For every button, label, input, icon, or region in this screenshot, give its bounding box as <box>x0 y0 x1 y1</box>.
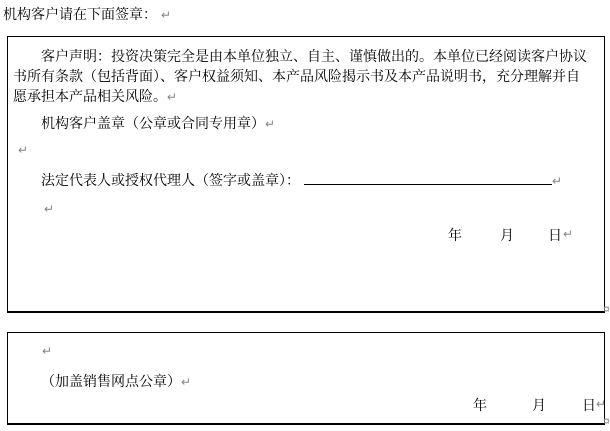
sales-outlet-stamp-box: ↵ （加盖销售网点公章）↵ 年 月 日 ↵ <box>7 332 605 425</box>
pilcrow-mark: ↵ <box>42 345 52 357</box>
institution-signature-box: 客户声明：投资决策完全是由本单位独立、自主、谨慎做出的。本单位已经阅读客户协议 … <box>7 36 605 313</box>
date-row: 年 月 日 ↵ <box>8 395 604 415</box>
pilcrow-mark: ↵ <box>161 8 171 22</box>
statement-line: 愿承担本产品相关风险。↵ <box>13 86 595 107</box>
date-month-label: 月 <box>532 395 546 415</box>
pilcrow-mark: ↵ <box>552 174 562 188</box>
date-year-label: 年 <box>473 395 487 415</box>
statement-line: 客户声明：投资决策完全是由本单位独立、自主、谨慎做出的。本单位已经阅读客户协议 <box>13 46 595 66</box>
document-page: 机构客户请在下面签章：↵ 客户声明：投资决策完全是由本单位独立、自主、谨慎做出的… <box>0 0 610 431</box>
legal-representative-line: 法定代表人或授权代理人（签字或盖章）：↵ <box>13 169 562 191</box>
date-day-label: 日 <box>548 225 562 245</box>
pilcrow-mark: ↵ <box>181 375 191 389</box>
form-heading: 机构客户请在下面签章：↵ <box>3 4 171 24</box>
pilcrow-mark: ↵ <box>167 90 177 104</box>
date-month-label: 月 <box>500 225 514 245</box>
customer-statement: 客户声明：投资决策完全是由本单位独立、自主、谨慎做出的。本单位已经阅读客户协议 … <box>13 46 595 107</box>
table-row-end-mark: ¤ <box>603 414 610 428</box>
pilcrow-mark: ↵ <box>563 227 573 241</box>
institution-seal-label: 机构客户盖章（公章或合同专用章） <box>41 115 265 131</box>
date-day-label: 日 <box>582 395 596 415</box>
statement-line-text: 愿承担本产品相关风险。 <box>13 88 167 104</box>
statement-line: 书所有条款（包括背面）、客户权益须知、本产品风险揭示书及本产品说明书，充分理解并… <box>13 66 595 86</box>
signature-blank-line <box>304 169 552 185</box>
sales-outlet-stamp-label: （加盖销售网点公章） <box>41 373 181 389</box>
pilcrow-mark: ↵ <box>44 203 54 215</box>
sales-outlet-stamp-line: （加盖销售网点公章）↵ <box>13 371 191 392</box>
date-year-label: 年 <box>448 225 462 245</box>
pilcrow-mark: ↵ <box>596 397 606 411</box>
form-heading-text: 机构客户请在下面签章： <box>3 6 157 22</box>
pilcrow-mark: ↵ <box>265 117 275 131</box>
legal-representative-label: 法定代表人或授权代理人（签字或盖章）： <box>41 172 300 188</box>
date-row: 年 月 日 ↵ <box>8 225 604 245</box>
pilcrow-mark: ↵ <box>18 144 28 156</box>
institution-seal-line: 机构客户盖章（公章或合同专用章）↵ <box>13 113 275 134</box>
table-row-end-mark: ¤ <box>603 302 610 316</box>
